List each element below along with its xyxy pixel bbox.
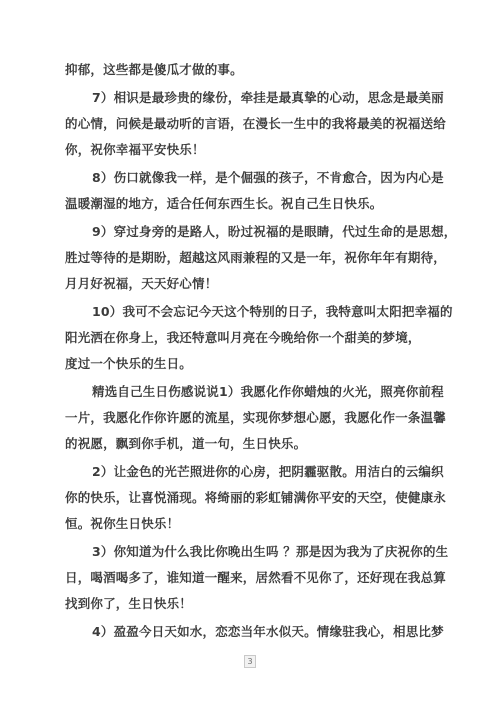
text-lines: 抑郁，这些都是傻瓜才做的事。7）相识是最珍贵的缘份，牵挂是最真挚的心动，思念是最… <box>65 57 465 645</box>
text-line: 月月好祝福，天天好心情！ <box>65 271 465 297</box>
text-line: 胜过等待的是期盼，超越这风雨兼程的又是一年，祝你年年有期待， <box>65 245 465 271</box>
text-line: 你，祝你幸福平安快乐！ <box>65 137 465 163</box>
text-line: 7）相识是最珍贵的缘份，牵挂是最真挚的心动，思念是最美丽 <box>65 85 465 111</box>
text-line: 10）我可不会忘记今天这个特别的日子，我特意叫太阳把幸福的 <box>65 299 465 325</box>
text-line: 恒。祝你生日快乐！ <box>65 511 465 537</box>
text-line: 9）穿过身旁的是路人，盼过祝福的是眼睛，代过生命的是思想， <box>65 219 465 245</box>
text-line: 找到你了，生日快乐！ <box>65 591 465 617</box>
text-line: 3）你知道为什么我比你晚出生吗 ？那是因为我为了庆祝你的生 <box>65 539 465 565</box>
page-number: 3 <box>244 655 255 668</box>
page-number-row: 3 <box>0 649 500 668</box>
text-line: 度过一个快乐的生日。 <box>65 351 465 377</box>
text-line: 温暖潮湿的地方，适合任何东西生长。祝自己生日快乐。 <box>65 191 465 217</box>
text-line: 的祝愿，飘到你手机，道一句，生日快乐。 <box>65 431 465 457</box>
text-line: 2）让金色的光芒照进你的心房，把阴霾驱散。用洁白的云编织 <box>65 459 465 485</box>
text-line: 你的快乐，让喜悦涌现。将绮丽的彩虹铺满你平安的天空，使健康永 <box>65 485 465 511</box>
text-line: 一片，我愿化作你许愿的流星，实现你梦想心愿，我愿化作一条温馨 <box>65 405 465 431</box>
text-line: 抑郁，这些都是傻瓜才做的事。 <box>65 57 465 83</box>
text-line: 阳光洒在你身上，我还特意叫月亮在今晚给你一个甜美的梦境， 祝你 <box>65 325 465 351</box>
text-line: 精选自己生日伤感说说1）我愿化作你蜡烛的火光，照亮你前程 <box>65 379 465 405</box>
document-page: 抑郁，这些都是傻瓜才做的事。7）相识是最珍贵的缘份，牵挂是最真挚的心动，思念是最… <box>0 0 500 708</box>
text-line: 日，喝酒喝多了，谁知道一醒来，居然看不见你了，还好现在我总算 <box>65 565 465 591</box>
text-line: 8）伤口就像我一样，是个倔强的孩子，不肯愈合，因为内心是 <box>65 165 465 191</box>
text-line: 的心情，问候是最动听的言语，在漫长一生中的我将最美的祝福送给 <box>65 111 465 137</box>
text-line: 4）盈盈今日天如水，恋恋当年水似天。情缘驻我心，相思比梦 <box>65 619 465 645</box>
